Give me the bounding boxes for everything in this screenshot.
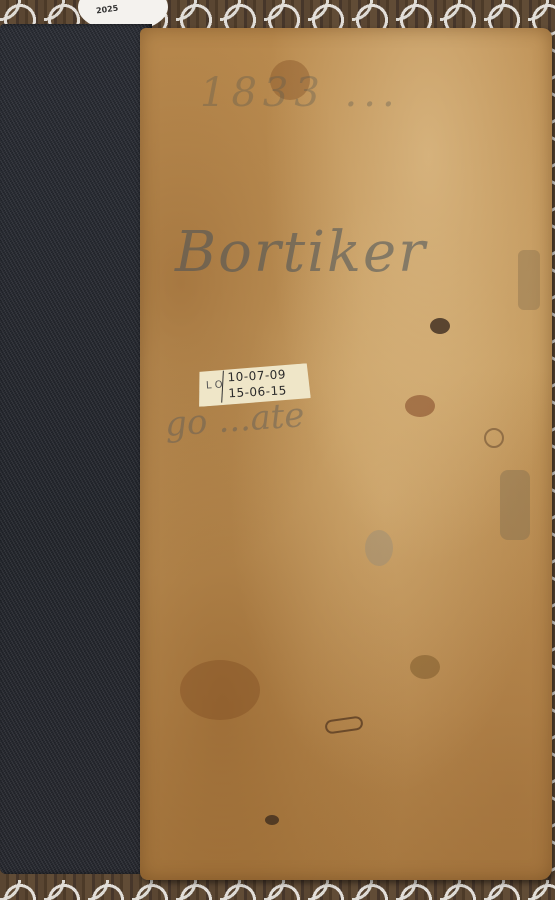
stain xyxy=(518,250,540,310)
book-cover xyxy=(140,28,552,880)
label-date-2: 15-06-15 xyxy=(228,383,287,400)
stain xyxy=(365,530,393,566)
handwriting-top: 1833 ... xyxy=(200,70,401,116)
denim-spine xyxy=(0,24,152,874)
round-dent xyxy=(484,428,504,448)
label-divider xyxy=(221,371,224,403)
photo-scene: 2025 1833 ... Bortiker go ...ate L O 10-… xyxy=(0,0,555,900)
label-date-1: 10-07-09 xyxy=(227,367,286,384)
stain xyxy=(430,318,450,334)
label-prefix: L O xyxy=(206,380,223,392)
stain xyxy=(500,470,530,540)
stain xyxy=(265,815,279,825)
stain xyxy=(180,660,260,720)
stain xyxy=(410,655,440,679)
stain xyxy=(405,395,435,417)
handwriting-title: Bortiker xyxy=(175,220,427,285)
